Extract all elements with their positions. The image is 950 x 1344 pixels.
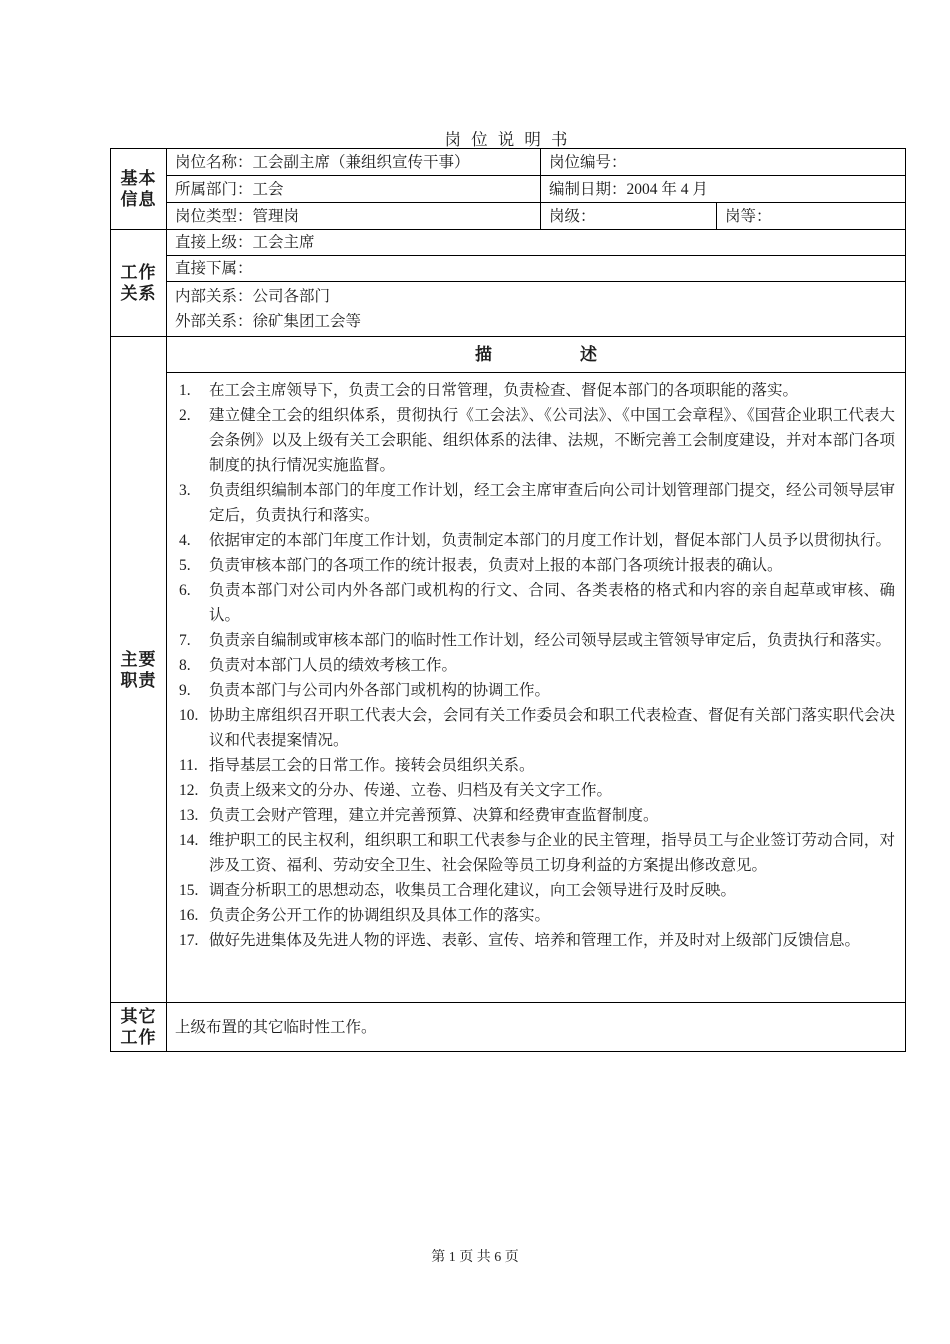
responsibility-item: 13.负责工会财产管理，建立并完善预算、决算和经费审查监督制度。 <box>179 803 895 828</box>
responsibility-number: 12. <box>179 778 209 803</box>
field-internal-relations: 内部关系：公司各部门 <box>175 284 897 309</box>
responsibility-number: 13. <box>179 803 209 828</box>
field-compile-date: 编制日期：2004 年 4 月 <box>541 176 906 203</box>
section-label-other-work: 其它 工作 <box>111 1003 167 1052</box>
responsibility-number: 10. <box>179 703 209 753</box>
responsibility-number: 6. <box>179 578 209 628</box>
section-label-line: 工作 <box>115 1027 162 1048</box>
responsibility-number: 15. <box>179 878 209 903</box>
field-direct-supervisor: 直接上级：工会主席 <box>167 230 906 256</box>
responsibility-text: 在工会主席领导下，负责工会的日常管理，负责检查、督促本部门的各项职能的落实。 <box>209 378 895 403</box>
responsibility-text: 负责本部门与公司内外各部门或机构的协调工作。 <box>209 678 895 703</box>
responsibility-text: 负责企务公开工作的协调组织及具体工作的落实。 <box>209 903 895 928</box>
description-header-char: 述 <box>580 345 597 364</box>
document-title: 岗 位 说 明 书 <box>110 126 905 150</box>
responsibility-text: 负责对本部门人员的绩效考核工作。 <box>209 653 895 678</box>
section-label-work-relations: 工作 关系 <box>111 230 167 337</box>
responsibility-item: 7.负责亲自编制或审核本部门的临时性工作计划，经公司领导层或主管领导审定后，负责… <box>179 628 895 653</box>
field-internal-external-relations: 内部关系：公司各部门 外部关系：徐矿集团工会等 <box>167 282 906 337</box>
responsibility-text: 做好先进集体及先进人物的评选、表彰、宣传、培养和管理工作，并及时对上级部门反馈信… <box>209 928 895 953</box>
responsibility-item: 3.负责组织编制本部门的年度工作计划，经工会主席审查后向公司计划管理部门提交，经… <box>179 478 895 528</box>
responsibility-number: 16. <box>179 903 209 928</box>
section-label-line: 关系 <box>115 283 162 304</box>
responsibility-item: 10.协助主席组织召开职工代表大会，会同有关工作委员会和职工代表检查、督促有关部… <box>179 703 895 753</box>
responsibility-text: 负责上级来文的分办、传递、立卷、归档及有关文字工作。 <box>209 778 895 803</box>
field-rank: 岗等： <box>717 203 906 230</box>
section-label-line: 工作 <box>115 262 162 283</box>
description-header: 描述 <box>167 337 906 373</box>
responsibility-text: 负责审核本部门的各项工作的统计报表，负责对上报的本部门各项统计报表的确认。 <box>209 553 895 578</box>
responsibility-text: 负责工会财产管理，建立并完善预算、决算和经费审查监督制度。 <box>209 803 895 828</box>
responsibility-item: 16.负责企务公开工作的协调组织及具体工作的落实。 <box>179 903 895 928</box>
section-label-main-duties: 主要 职责 <box>111 337 167 1003</box>
responsibility-text: 维护职工的民主权利，组织职工和职工代表参与企业的民主管理，指导员工与企业签订劳动… <box>209 828 895 878</box>
responsibility-item: 1.在工会主席领导下，负责工会的日常管理，负责检查、督促本部门的各项职能的落实。 <box>179 378 895 403</box>
responsibility-item: 8.负责对本部门人员的绩效考核工作。 <box>179 653 895 678</box>
section-label-line: 职责 <box>115 670 162 691</box>
responsibility-item: 15.调查分析职工的思想动态，收集员工合理化建议，向工会领导进行及时反映。 <box>179 878 895 903</box>
section-label-line: 基本 <box>115 168 162 189</box>
responsibility-text: 依据审定的本部门年度工作计划，负责制定本部门的月度工作计划，督促本部门人员予以贯… <box>209 528 895 553</box>
responsibility-item: 5.负责审核本部门的各项工作的统计报表，负责对上报的本部门各项统计报表的确认。 <box>179 553 895 578</box>
responsibility-number: 5. <box>179 553 209 578</box>
field-position-code: 岗位编号： <box>541 149 906 176</box>
section-label-basic-info: 基本 信息 <box>111 149 167 230</box>
responsibilities-list: 1.在工会主席领导下，负责工会的日常管理，负责检查、督促本部门的各项职能的落实。… <box>179 378 895 953</box>
description-header-char: 描 <box>475 345 492 364</box>
job-description-table: 基本 信息 岗位名称：工会副主席（兼组织宣传干事） 岗位编号： 所属部门：工会 … <box>110 148 906 1052</box>
field-grade: 岗级： <box>541 203 717 230</box>
responsibility-item: 11.指导基层工会的日常工作。接转会员组织关系。 <box>179 753 895 778</box>
responsibility-text: 负责本部门对公司内外各部门或机构的行文、合同、各类表格的格式和内容的亲自起草或审… <box>209 578 895 628</box>
responsibility-text: 调查分析职工的思想动态，收集员工合理化建议，向工会领导进行及时反映。 <box>209 878 895 903</box>
responsibility-text: 建立健全工会的组织体系，贯彻执行《工会法》、《公司法》、《中国工会章程》、《国营… <box>209 403 895 478</box>
responsibilities-list-cell: 1.在工会主席领导下，负责工会的日常管理，负责检查、督促本部门的各项职能的落实。… <box>167 373 906 1003</box>
responsibility-item: 4.依据审定的本部门年度工作计划，负责制定本部门的月度工作计划，督促本部门人员予… <box>179 528 895 553</box>
field-position-name: 岗位名称：工会副主席（兼组织宣传干事） <box>167 149 541 176</box>
responsibility-number: 1. <box>179 378 209 403</box>
section-label-line: 其它 <box>115 1006 162 1027</box>
section-label-line: 信息 <box>115 189 162 210</box>
responsibility-number: 8. <box>179 653 209 678</box>
responsibility-text: 负责亲自编制或审核本部门的临时性工作计划，经公司领导层或主管领导审定后，负责执行… <box>209 628 895 653</box>
responsibility-number: 7. <box>179 628 209 653</box>
responsibility-number: 11. <box>179 753 209 778</box>
responsibility-item: 2.建立健全工会的组织体系，贯彻执行《工会法》、《公司法》、《中国工会章程》、《… <box>179 403 895 478</box>
responsibility-item: 17.做好先进集体及先进人物的评选、表彰、宣传、培养和管理工作，并及时对上级部门… <box>179 928 895 953</box>
responsibility-number: 17. <box>179 928 209 953</box>
responsibility-number: 9. <box>179 678 209 703</box>
responsibility-text: 协助主席组织召开职工代表大会，会同有关工作委员会和职工代表检查、督促有关部门落实… <box>209 703 895 753</box>
field-position-type: 岗位类型：管理岗 <box>167 203 541 230</box>
field-other-work: 上级布置的其它临时性工作。 <box>167 1003 906 1052</box>
field-direct-subordinates: 直接下属： <box>167 256 906 282</box>
responsibility-number: 2. <box>179 403 209 478</box>
responsibility-item: 12.负责上级来文的分办、传递、立卷、归档及有关文字工作。 <box>179 778 895 803</box>
responsibility-text: 负责组织编制本部门的年度工作计划，经工会主席审查后向公司计划管理部门提交，经公司… <box>209 478 895 528</box>
responsibility-item: 6.负责本部门对公司内外各部门或机构的行文、合同、各类表格的格式和内容的亲自起草… <box>179 578 895 628</box>
page-footer: 第 1 页 共 6 页 <box>0 1246 950 1266</box>
responsibility-text: 指导基层工会的日常工作。接转会员组织关系。 <box>209 753 895 778</box>
field-department: 所属部门：工会 <box>167 176 541 203</box>
responsibility-item: 9.负责本部门与公司内外各部门或机构的协调工作。 <box>179 678 895 703</box>
responsibility-number: 14. <box>179 828 209 878</box>
responsibility-number: 3. <box>179 478 209 528</box>
section-label-line: 主要 <box>115 649 162 670</box>
responsibility-number: 4. <box>179 528 209 553</box>
responsibility-item: 14.维护职工的民主权利，组织职工和职工代表参与企业的民主管理，指导员工与企业签… <box>179 828 895 878</box>
field-external-relations: 外部关系：徐矿集团工会等 <box>175 309 897 334</box>
